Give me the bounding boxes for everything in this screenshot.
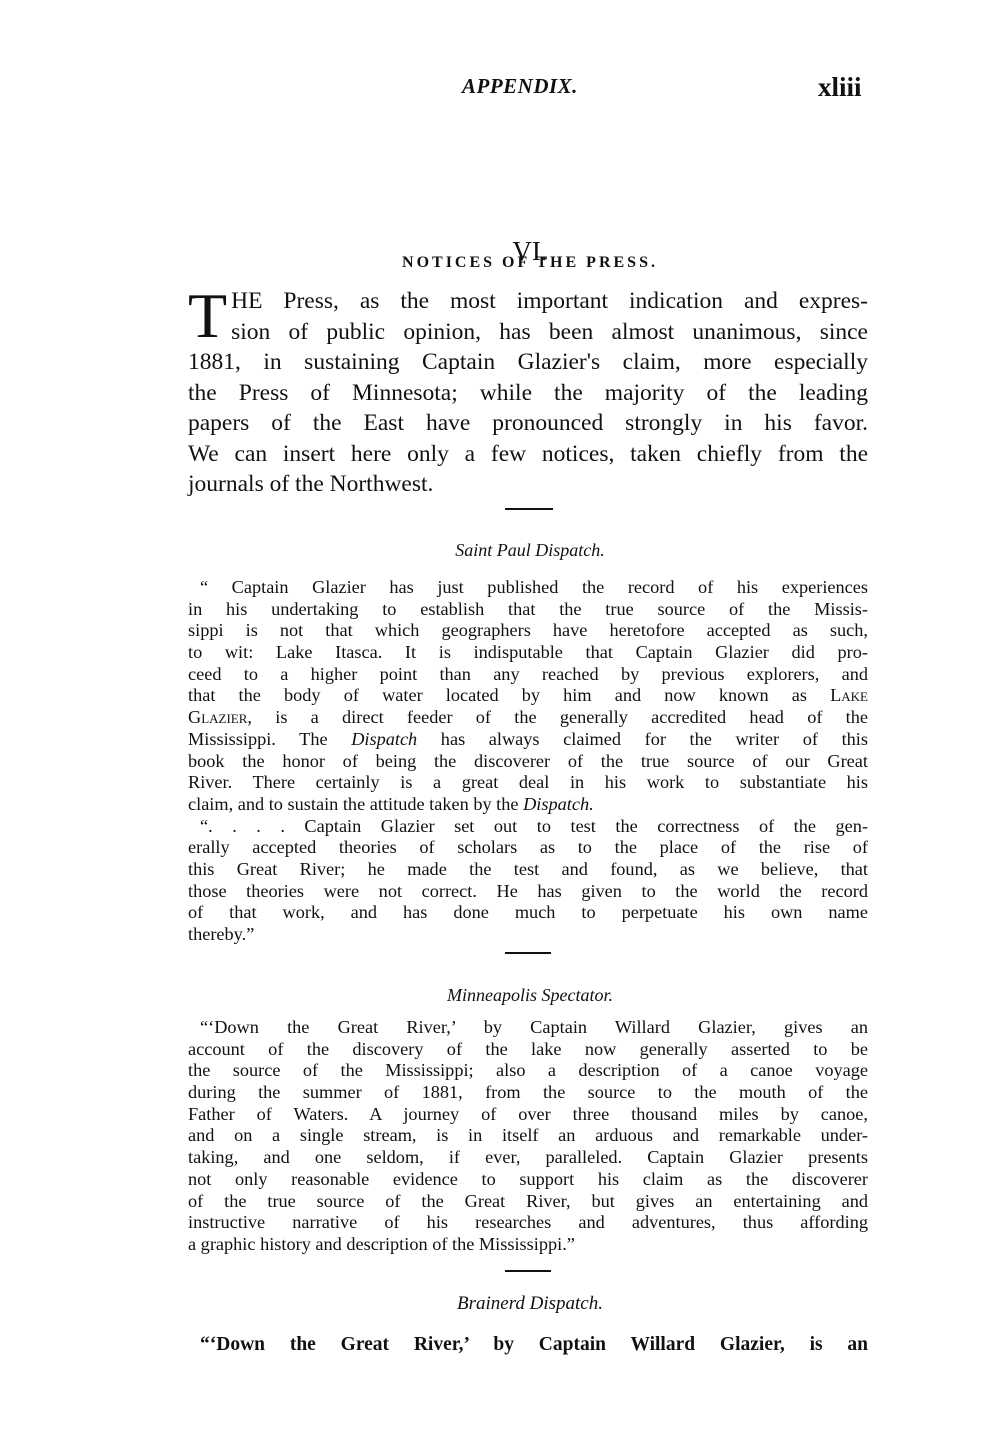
page-number: xliii [818,72,862,103]
text-segment: claim, and to sustain the attitude taken… [188,794,523,814]
text-line: instructive narrative of his researches … [188,1212,868,1234]
text-line: “‘Down the Great River,’ by Captain Will… [188,1017,868,1039]
notice-quote: “ Captain Glazier has just published the… [188,577,868,946]
text-line: of the true source of the Great River, b… [188,1191,868,1213]
text-line: this Great River; he made the test and f… [188,859,868,881]
text-line: journals of the Northwest. [188,469,868,500]
text-line: Father of Waters. A journey of over thre… [188,1104,868,1126]
text-line: Glazier, is a direct feeder of the gener… [188,707,868,729]
text-line: claim, and to sustain the attitude taken… [188,794,868,816]
text-line: the source of the Mississippi; also a de… [188,1060,868,1082]
text-segment: Mississippi. The [188,729,351,749]
running-head-title: APPENDIX. [462,74,578,99]
text-line: HE Press, as the most important indicati… [188,286,868,317]
text-line: account of the discovery of the lake now… [188,1039,868,1061]
text-line: of that work, and has done much to perpe… [188,902,868,924]
drop-cap: T [188,290,227,342]
notice-divider [505,1270,551,1272]
text-line: sippi is not that which geographers have… [188,620,868,642]
text-line: “‘Down the Great River,’ by Captain Will… [188,1334,868,1356]
notice-source-title: Minneapolis Spectator. [0,985,1000,1006]
text-line: the Press of Minnesota; while the majori… [188,378,868,409]
notice-divider [505,952,551,954]
text-line: “. . . . Captain Glazier set out to test… [188,816,868,838]
text-line: that the body of water located by him an… [188,685,868,707]
text-line: River. There certainly is a great deal i… [188,772,868,794]
text-line: 1881, in sustaining Captain Glazier's cl… [188,347,868,378]
text-segment-italic: Dispatch. [523,794,594,814]
text-line: sion of public opinion, has been almost … [188,317,868,348]
text-line: to wit: Lake Itasca. It is indisputable … [188,642,868,664]
text-segment-smallcaps: Glazier [188,707,247,727]
text-segment-smallcaps: Lake [830,685,868,705]
intro-paragraph: T HE Press, as the most important indica… [188,286,868,500]
text-line: papers of the East have pronounced stron… [188,408,868,439]
text-segment: that the body of water located by him an… [188,685,830,705]
text-line: those theories were not correct. He has … [188,881,868,903]
text-segment: , is a direct feeder of the generally ac… [247,707,868,727]
text-line: Mississippi. The Dispatch has always cla… [188,729,868,751]
text-line: book the honor of being the discoverer o… [188,751,868,773]
text-line: a graphic history and description of the… [188,1234,868,1256]
notice-source-title: Saint Paul Dispatch. [0,540,1000,561]
text-line: ceed to a higher point than any reached … [188,664,868,686]
text-line: thereby.” [188,924,868,946]
notice-quote: “‘Down the Great River,’ by Captain Will… [188,1017,868,1256]
section-divider [505,508,553,510]
text-line: and on a single stream, is in itself an … [188,1125,868,1147]
notice-quote: “‘Down the Great River,’ by Captain Will… [188,1334,868,1356]
text-line: in his undertaking to establish that the… [188,599,868,621]
text-line: taking, and one seldom, if ever, paralle… [188,1147,868,1169]
text-line: during the summer of 1881, from the sour… [188,1082,868,1104]
running-head: APPENDIX. xliii [0,74,1000,104]
notice-source-title: Brainerd Dispatch. [0,1293,1000,1315]
text-line: “ Captain Glazier has just published the… [188,577,868,599]
text-line: erally accepted theories of scholars as … [188,837,868,859]
text-line: not only reasonable evidence to support … [188,1169,868,1191]
document-page: APPENDIX. xliii VI. NOTICES OF THE PRESS… [0,0,1000,1447]
text-line: We can insert here only a few notices, t… [188,439,868,470]
text-segment-italic: Dispatch [351,729,417,749]
section-title: NOTICES OF THE PRESS. [0,254,1000,272]
text-segment: has always claimed for the writer of thi… [417,729,868,749]
